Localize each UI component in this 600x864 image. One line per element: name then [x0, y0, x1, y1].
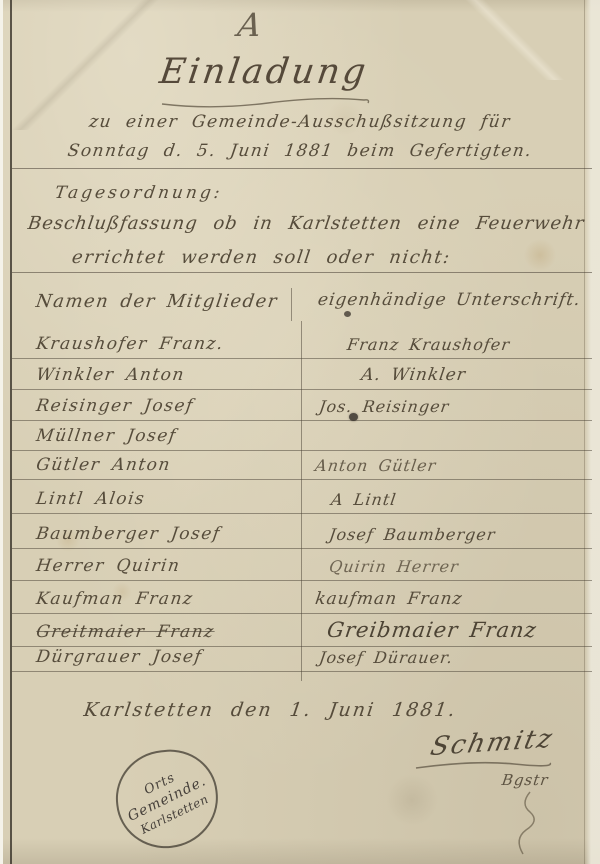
- member-name: Baumberger Josef: [10, 524, 302, 548]
- member-signature: Franz Kraushofer: [299, 335, 593, 358]
- member-signature: Josef Baumberger: [299, 525, 593, 548]
- paper-crease-top-left: [0, 0, 170, 130]
- member-name: Herrer Quirin: [10, 556, 302, 580]
- member-name: Greitmaier Franz: [10, 622, 302, 646]
- member-name: Müllner Josef: [10, 426, 302, 450]
- horizontal-rule-1: [12, 168, 592, 169]
- table-row: Kaufman Franz kaufman Franz: [12, 581, 592, 614]
- table-header-signature: eigenhändige Unterschrift.: [317, 290, 582, 310]
- table-row: Herrer Quirin Quirin Herrer: [12, 549, 592, 581]
- municipal-round-stamp: Orts Gemeinde. Karlstetten: [111, 745, 223, 853]
- agenda-line-1: Beschlußfassung ob in Karlstetten eine F…: [27, 213, 586, 234]
- member-signature: kaufman Franz: [299, 589, 593, 613]
- member-signature-table: Kraushofer Franz. Franz Kraushofer Winkl…: [12, 321, 592, 672]
- table-header-names: Namen der Mitglieder: [35, 291, 280, 312]
- signature-underline-flourish: [414, 758, 554, 772]
- table-row: Dürgrauer Josef Josef Dürauer.: [12, 647, 592, 672]
- table-row: Baumberger Josef Josef Baumberger: [12, 514, 592, 549]
- table-row: Reisinger Josef Jos. Reisinger: [12, 390, 592, 421]
- member-signature: Anton Gütler: [299, 456, 593, 479]
- agenda-line-2: errichtet werden soll oder nicht:: [71, 247, 453, 268]
- member-signature: A Lintl: [299, 490, 593, 513]
- member-signature: Josef Dürauer.: [299, 648, 593, 671]
- member-name: Dürgrauer Josef: [10, 647, 302, 671]
- member-name: Winkler Anton: [10, 365, 302, 389]
- member-signature: [301, 446, 593, 450]
- title-underline-flourish: [158, 94, 373, 110]
- table-row: Kraushofer Franz. Franz Kraushofer: [12, 321, 592, 359]
- member-signature: Jos. Reisinger: [299, 397, 593, 420]
- stamp-text: Orts Gemeinde. Karlstetten: [102, 735, 231, 862]
- signature-role-abbreviation: Bgstr: [501, 771, 550, 789]
- member-name: Kaufman Franz: [10, 589, 302, 613]
- table-row: Winkler Anton A. Winkler: [12, 359, 592, 390]
- table-row: Lintl Alois A Lintl: [12, 480, 592, 514]
- table-row: Müllner Josef: [12, 421, 592, 451]
- intro-line-2: Sonntag d. 5. Juni 1881 beim Gefertigten…: [0, 141, 600, 161]
- table-row: Greitmaier Franz Greibmaier Franz: [12, 614, 592, 647]
- intro-line-1: zu einer Gemeinde-Ausschußsitzung für: [0, 112, 600, 132]
- document-mark: A: [235, 6, 265, 44]
- table-row: Gütler Anton Anton Gütler: [12, 451, 592, 480]
- member-name: Kraushofer Franz.: [10, 334, 302, 358]
- member-signature: Greibmaier Franz: [299, 618, 594, 646]
- document-title: Einladung: [145, 52, 383, 92]
- signature-role-flourish: [506, 790, 540, 856]
- horizontal-rule-2: [12, 272, 592, 273]
- paper-crease-top-right: [430, 0, 600, 80]
- ink-blot-large: [349, 413, 358, 421]
- member-name: Gütler Anton: [10, 455, 302, 479]
- header-column-divider: [291, 288, 292, 321]
- member-signature: Quirin Herrer: [299, 557, 593, 580]
- ink-blot-small: [344, 311, 351, 317]
- mayor-signature: Schmitz: [428, 724, 557, 762]
- member-name: Reisinger Josef: [10, 396, 302, 420]
- agenda-label: Tagesordnung:: [54, 183, 224, 203]
- closing-date-line: Karlstetten den 1. Juni 1881.: [82, 699, 458, 721]
- member-signature: A. Winkler: [299, 365, 593, 389]
- member-name: Lintl Alois: [10, 489, 302, 513]
- scanned-document-page: A Einladung zu einer Gemeinde-Ausschußsi…: [0, 0, 600, 864]
